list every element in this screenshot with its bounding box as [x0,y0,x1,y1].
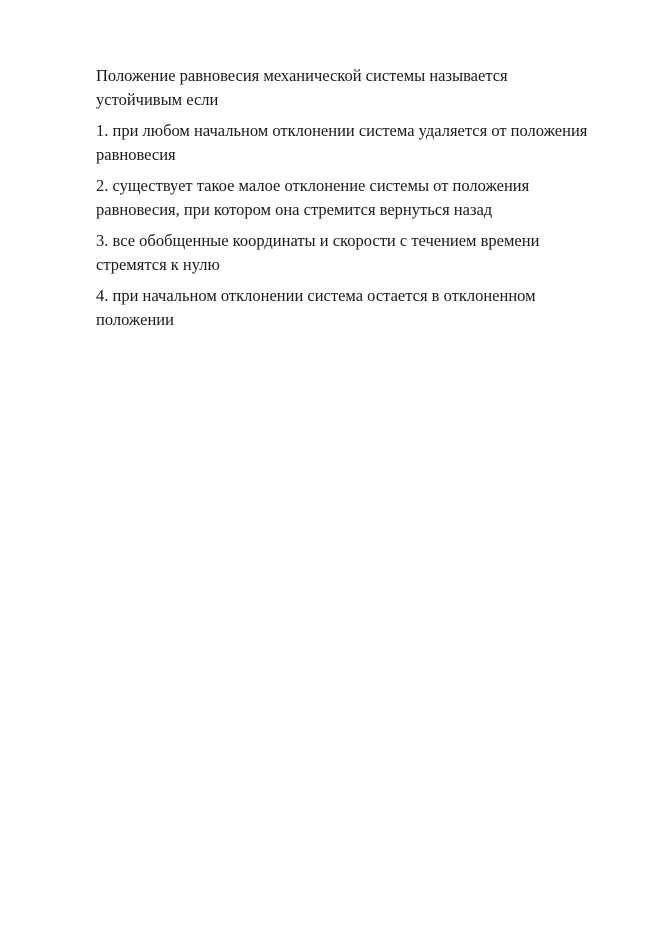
answer-option-4: 4. при начальном отклонении система оста… [96,284,596,332]
answer-option-2: 2. существует такое малое отклонение сис… [96,174,596,222]
document-page: Положение равновесия механической систем… [96,64,596,339]
answer-option-3: 3. все обобщенные координаты и скорости … [96,229,596,277]
answer-option-1: 1. при любом начальном отклонении систем… [96,119,596,167]
question-text: Положение равновесия механической систем… [96,64,596,112]
